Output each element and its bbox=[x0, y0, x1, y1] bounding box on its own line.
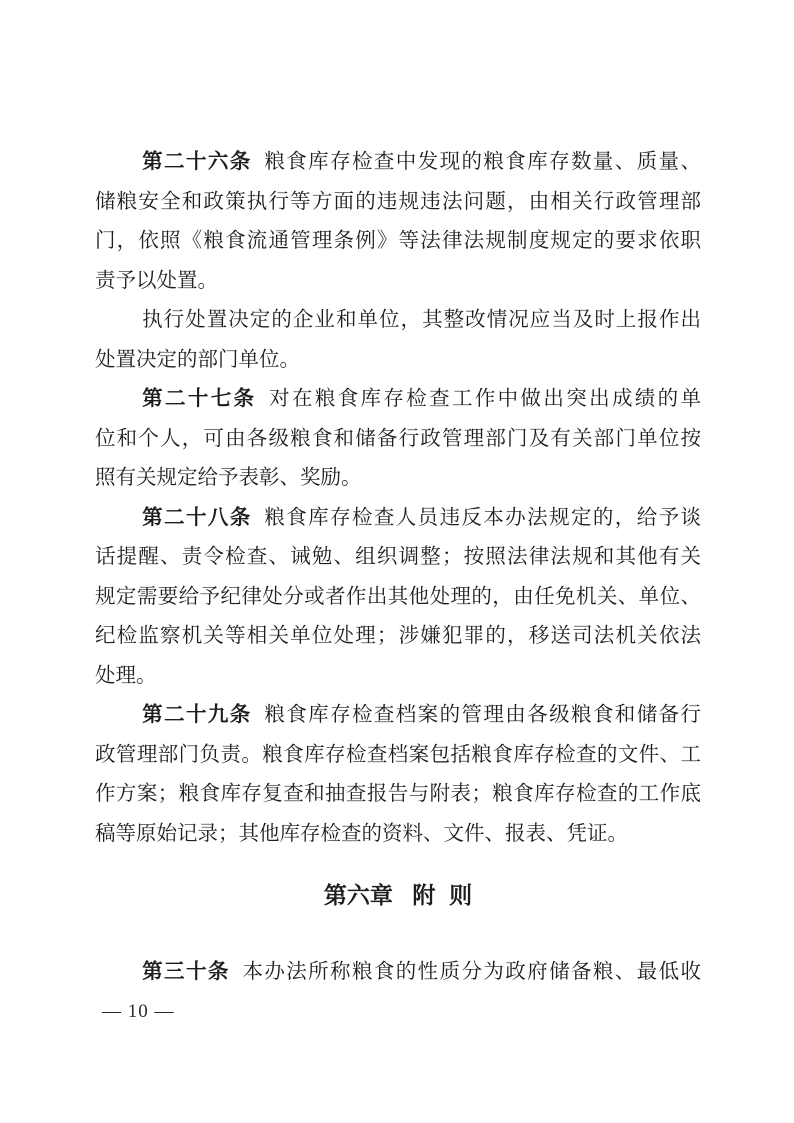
article-26-paragraph-2: 执行处置决定的企业和单位，其整改情况应当及时上报作出 处置决定的部门单位。 bbox=[95, 301, 701, 380]
text-line: 政管理部门负责。粮食库存检查档案包括粮食库存检查的文件、工 bbox=[95, 736, 701, 776]
chapter-number: 第六章 bbox=[324, 883, 393, 908]
text-line: 储粮安全和政策执行等方面的违规违法问题，由相关行政管理部 bbox=[95, 183, 701, 223]
chapter-heading: 第六章附 则 bbox=[95, 878, 701, 914]
text-line: 稿等原始记录；其他库存检查的资料、文件、报表、凭证。 bbox=[95, 815, 701, 855]
article-27: 第二十七条对在粮食库存检查工作中做出突出成绩的单 位和个人，可由各级粮食和储备行… bbox=[95, 380, 701, 499]
text-line-content: 粮食库存检查中发现的粮食库存数量、质量、 bbox=[264, 151, 701, 173]
text-line: 责予以处置。 bbox=[95, 262, 701, 302]
text-line: 第二十八条粮食库存检查人员违反本办法规定的，给予谈 bbox=[95, 499, 701, 539]
text-line: 执行处置决定的企业和单位，其整改情况应当及时上报作出 bbox=[95, 301, 701, 341]
text-line-content: 对在粮食库存检查工作中做出突出成绩的单 bbox=[269, 388, 701, 410]
article-28-label: 第二十八条 bbox=[142, 507, 252, 529]
text-line: 处置决定的部门单位。 bbox=[95, 341, 701, 381]
text-line: 照有关规定给予表彰、奖励。 bbox=[95, 459, 701, 499]
text-line: 纪检监察机关等相关单位处理；涉嫌犯罪的，移送司法机关依法 bbox=[95, 617, 701, 657]
text-line: 位和个人，可由各级粮食和储备行政管理部门及有关部门单位按 bbox=[95, 420, 701, 460]
text-line: 第二十六条粮食库存检查中发现的粮食库存数量、质量、 bbox=[95, 143, 701, 183]
text-line: 处理。 bbox=[95, 657, 701, 697]
page-number: — 10 — bbox=[102, 1000, 175, 1024]
text-line: 话提醒、责令检查、诫勉、组织调整；按照法律法规和其他有关 bbox=[95, 538, 701, 578]
article-30: 第三十条本办法所称粮食的性质分为政府储备粮、最低收 bbox=[95, 953, 701, 993]
article-29: 第二十九条粮食库存检查档案的管理由各级粮食和储备行 政管理部门负责。粮食库存检查… bbox=[95, 696, 701, 854]
chapter-title: 附 则 bbox=[412, 883, 472, 908]
text-line: 规定需要给予纪律处分或者作出其他处理的，由任免机关、单位、 bbox=[95, 578, 701, 618]
article-29-label: 第二十九条 bbox=[142, 704, 252, 726]
document-body: 第二十六条粮食库存检查中发现的粮食库存数量、质量、 储粮安全和政策执行等方面的违… bbox=[95, 143, 701, 854]
article-27-label: 第二十七条 bbox=[142, 388, 256, 410]
text-line: 门，依照《粮食流通管理条例》等法律法规制度规定的要求依职 bbox=[95, 222, 701, 262]
text-line-content: 粮食库存检查档案的管理由各级粮食和储备行 bbox=[264, 704, 701, 726]
document-page: 第二十六条粮食库存检查中发现的粮食库存数量、质量、 储粮安全和政策执行等方面的违… bbox=[0, 0, 794, 1123]
article-30-label: 第三十条 bbox=[142, 961, 230, 983]
text-line: 第二十七条对在粮食库存检查工作中做出突出成绩的单 bbox=[95, 380, 701, 420]
article-26-label: 第二十六条 bbox=[142, 151, 252, 173]
article-28: 第二十八条粮食库存检查人员违反本办法规定的，给予谈 话提醒、责令检查、诫勉、组织… bbox=[95, 499, 701, 697]
text-line-content: 本办法所称粮食的性质分为政府储备粮、最低收 bbox=[242, 961, 701, 983]
text-line-content: 粮食库存检查人员违反本办法规定的，给予谈 bbox=[264, 507, 701, 529]
text-line: 第二十九条粮食库存检查档案的管理由各级粮食和储备行 bbox=[95, 696, 701, 736]
text-line: 第三十条本办法所称粮食的性质分为政府储备粮、最低收 bbox=[95, 953, 701, 993]
text-line: 作方案；粮食库存复查和抽查报告与附表；粮食库存检查的工作底 bbox=[95, 775, 701, 815]
article-26: 第二十六条粮食库存检查中发现的粮食库存数量、质量、 储粮安全和政策执行等方面的违… bbox=[95, 143, 701, 301]
